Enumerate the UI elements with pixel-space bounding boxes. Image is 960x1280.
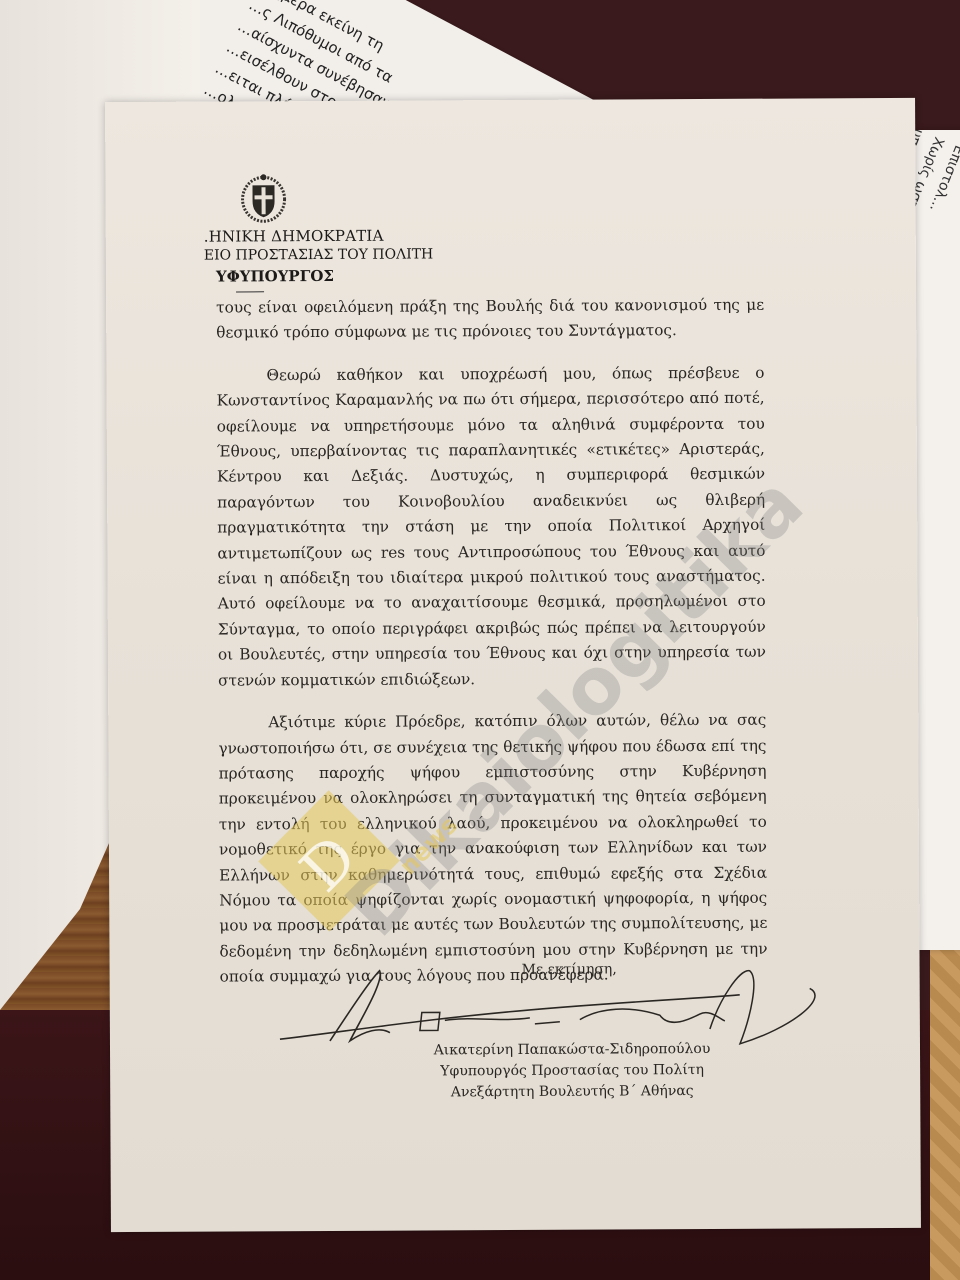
letterhead-republic: .ΗΝΙΚΗ ΔΗΜΟΚΡΑΤΙΑ xyxy=(204,226,433,245)
letter-page: .ΗΝΙΚΗ ΔΗΜΟΚΡΑΤΙΑ ΕΙΟ ΠΡΟΣΤΑΣΙΑΣ ΤΟΥ ΠΟΛ… xyxy=(105,98,921,1232)
signer-title: Υφυπουργός Προστασίας του Πολίτη xyxy=(422,1060,722,1083)
paragraph-3: Αξιότιμε κύριε Πρόεδρε, κατόπιν όλων αυτ… xyxy=(218,708,767,990)
signature-block: Αικατερίνη Παπακώστα-Σιδηροπούλου Υφυπου… xyxy=(422,1039,722,1104)
signer-role: Ανεξάρτητη Βουλευτής Β΄ Αθήνας xyxy=(422,1081,722,1104)
signer-name: Αικατερίνη Παπακώστα-Σιδηροπούλου xyxy=(422,1039,722,1062)
coat-of-arms-icon xyxy=(240,171,286,223)
letter-body: τους είναι οφειλόμενη πράξη της Βουλής δ… xyxy=(216,293,768,1007)
letterhead-ministry: ΕΙΟ ΠΡΟΣΤΑΣΙΑΣ ΤΟΥ ΠΟΛΙΤΗ xyxy=(204,246,433,263)
paragraph-1: τους είναι οφειλόμενη πράξη της Βουλής δ… xyxy=(216,293,764,347)
letterhead-divider xyxy=(236,291,264,292)
paragraph-2: Θεωρώ καθήκον και υποχρέωσή μου, όπως πρ… xyxy=(216,360,766,693)
letterhead-office: ΥΦΥΠΟΥΡΓΟΣ xyxy=(216,266,433,285)
letterhead: .ΗΝΙΚΗ ΔΗΜΟΚΡΑΤΙΑ ΕΙΟ ΠΡΟΣΤΑΣΙΑΣ ΤΟΥ ΠΟΛ… xyxy=(204,226,434,292)
